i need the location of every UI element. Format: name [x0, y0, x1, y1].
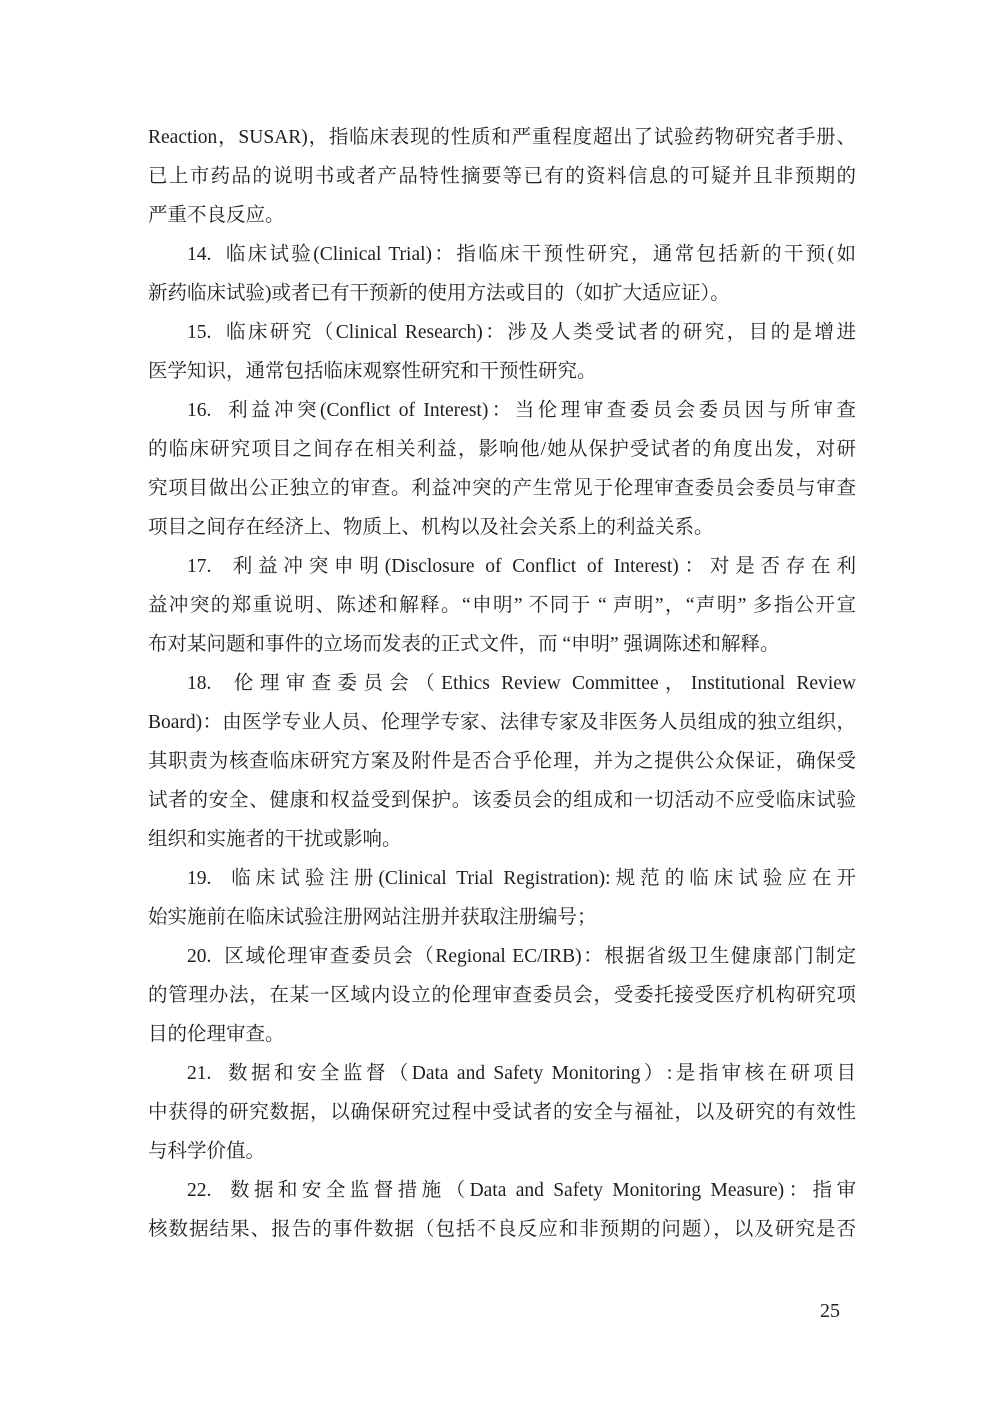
paragraph-item-18-ethics-review-committee-line-2: Board)：由医学专业人员、伦理学专家、法律专家及非医务人员组成的独立组织， — [148, 703, 856, 742]
paragraph-item-18-ethics-review-committee-line-5: 组织和实施者的干扰或影响。 — [148, 820, 856, 859]
paragraph-item-16-conflict-of-interest-line-4: 项目之间存在经济上、物质上、机构以及社会关系上的利益关系。 — [148, 508, 856, 547]
paragraph-item-21-data-and-safety-monitoring-line-2: 中获得的研究数据，以确保研究过程中受试者的安全与福祉，以及研究的有效性 — [148, 1093, 856, 1132]
paragraph-item-14-clinical-trial-line-1: 14. 临床试验(Clinical Trial)：指临床干预性研究，通常包括新的… — [148, 235, 856, 274]
paragraph-item-22-data-and-safety-monitoring-measure: 22. 数据和安全监督措施（Data and Safety Monitoring… — [148, 1171, 856, 1249]
paragraph-item-16-conflict-of-interest-line-1: 16. 利益冲突(Conflict of Interest)：当伦理审查委员会委… — [148, 391, 856, 430]
paragraph-item-15-clinical-research-line-2: 医学知识，通常包括临床观察性研究和干预性研究。 — [148, 352, 856, 391]
document-body: Reaction，SUSAR)，指临床表现的性质和严重程度超出了试验药物研究者手… — [148, 118, 856, 1249]
paragraph-item-20-regional-ec-irb-line-3: 目的伦理审查。 — [148, 1015, 856, 1054]
paragraph-susar-continuation-line-3: 严重不良反应。 — [148, 196, 856, 235]
paragraph-item-20-regional-ec-irb-line-1: 20. 区域伦理审查委员会（Regional EC/IRB)：根据省级卫生健康部… — [148, 937, 856, 976]
paragraph-susar-continuation: Reaction，SUSAR)，指临床表现的性质和严重程度超出了试验药物研究者手… — [148, 118, 856, 235]
paragraph-item-16-conflict-of-interest-line-3: 究项目做出公正独立的审查。利益冲突的产生常见于伦理审查委员会委员与审查 — [148, 469, 856, 508]
paragraph-item-14-clinical-trial: 14. 临床试验(Clinical Trial)：指临床干预性研究，通常包括新的… — [148, 235, 856, 313]
paragraph-susar-continuation-line-2: 已上市药品的说明书或者产品特性摘要等已有的资料信息的可疑并且非预期的 — [148, 157, 856, 196]
paragraph-item-14-clinical-trial-line-2: 新药临床试验)或者已有干预新的使用方法或目的（如扩大适应证）。 — [148, 274, 856, 313]
paragraph-item-18-ethics-review-committee-line-1: 18. 伦理审查委员会（Ethics Review Committee，Inst… — [148, 664, 856, 703]
paragraph-item-22-data-and-safety-monitoring-measure-line-1: 22. 数据和安全监督措施（Data and Safety Monitoring… — [148, 1171, 856, 1210]
paragraph-item-19-clinical-trial-registration-line-1: 19. 临床试验注册(Clinical Trial Registration):… — [148, 859, 856, 898]
paragraph-item-18-ethics-review-committee: 18. 伦理审查委员会（Ethics Review Committee，Inst… — [148, 664, 856, 859]
document-page: Reaction，SUSAR)，指临床表现的性质和严重程度超出了试验药物研究者手… — [0, 0, 1000, 1413]
paragraph-item-16-conflict-of-interest-line-2: 的临床研究项目之间存在相关利益，影响他/她从保护受试者的角度出发，对研 — [148, 430, 856, 469]
paragraph-item-19-clinical-trial-registration: 19. 临床试验注册(Clinical Trial Registration):… — [148, 859, 856, 937]
paragraph-item-19-clinical-trial-registration-line-2: 始实施前在临床试验注册网站注册并获取注册编号； — [148, 898, 856, 937]
paragraph-item-22-data-and-safety-monitoring-measure-line-2: 核数据结果、报告的事件数据（包括不良反应和非预期的问题），以及研究是否 — [148, 1210, 856, 1249]
paragraph-item-21-data-and-safety-monitoring-line-3: 与科学价值。 — [148, 1132, 856, 1171]
paragraph-item-20-regional-ec-irb-line-2: 的管理办法，在某一区域内设立的伦理审查委员会，受委托接受医疗机构研究项 — [148, 976, 856, 1015]
paragraph-item-18-ethics-review-committee-line-3: 其职责为核查临床研究方案及附件是否合乎伦理，并为之提供公众保证，确保受 — [148, 742, 856, 781]
paragraph-item-17-disclosure-of-conflict: 17. 利益冲突申明(Disclosure of Conflict of Int… — [148, 547, 856, 664]
paragraph-susar-continuation-line-1: Reaction，SUSAR)，指临床表现的性质和严重程度超出了试验药物研究者手… — [148, 118, 856, 157]
paragraph-item-21-data-and-safety-monitoring-line-1: 21. 数据和安全监督（Data and Safety Monitoring）:… — [148, 1054, 856, 1093]
paragraph-item-17-disclosure-of-conflict-line-1: 17. 利益冲突申明(Disclosure of Conflict of Int… — [148, 547, 856, 586]
paragraph-item-21-data-and-safety-monitoring: 21. 数据和安全监督（Data and Safety Monitoring）:… — [148, 1054, 856, 1171]
paragraph-item-17-disclosure-of-conflict-line-3: 布对某问题和事件的立场而发表的正式文件，而 “申明” 强调陈述和解释。 — [148, 625, 856, 664]
page-number: 25 — [800, 1299, 860, 1323]
paragraph-item-20-regional-ec-irb: 20. 区域伦理审查委员会（Regional EC/IRB)：根据省级卫生健康部… — [148, 937, 856, 1054]
paragraph-item-15-clinical-research-line-1: 15. 临床研究（Clinical Research)：涉及人类受试者的研究，目… — [148, 313, 856, 352]
paragraph-item-17-disclosure-of-conflict-line-2: 益冲突的郑重说明、陈述和解释。“申明” 不同于 “ 声明”，“声明” 多指公开宣 — [148, 586, 856, 625]
paragraph-item-15-clinical-research: 15. 临床研究（Clinical Research)：涉及人类受试者的研究，目… — [148, 313, 856, 391]
paragraph-item-16-conflict-of-interest: 16. 利益冲突(Conflict of Interest)：当伦理审查委员会委… — [148, 391, 856, 547]
paragraph-item-18-ethics-review-committee-line-4: 试者的安全、健康和权益受到保护。该委员会的组成和一切活动不应受临床试验 — [148, 781, 856, 820]
